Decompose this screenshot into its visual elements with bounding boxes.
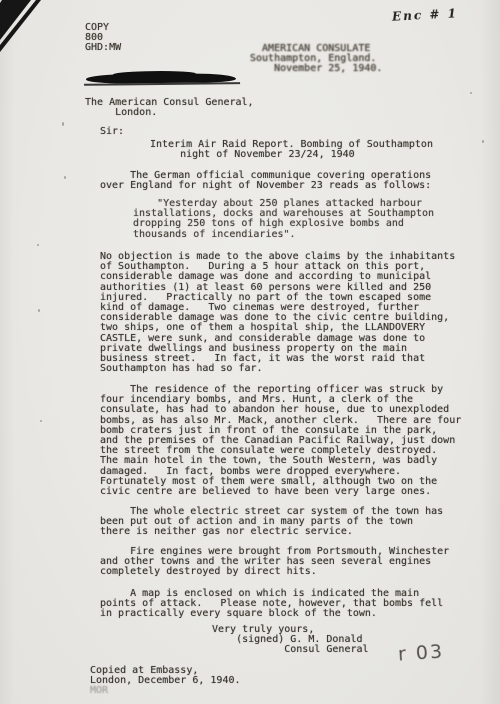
text-line: night of November 23/24, 1940: [150, 150, 433, 160]
paragraph-residence-report: The residence of the reporting officer w…: [100, 385, 461, 497]
text-line: London.: [85, 108, 254, 118]
handwritten-enclosure-note: Enc # 1: [392, 6, 459, 23]
text-line: GHD:MW: [85, 43, 121, 53]
paragraph-street-car-system: The whole electric street car system of …: [100, 507, 443, 538]
paragraph-enclosed-map: A map is enclosed on which is indicated …: [100, 589, 443, 620]
subject-heading: Interim Air Raid Report. Bombing of Sout…: [150, 140, 433, 160]
paragraph-damage-report: No objection is made to the above claims…: [100, 252, 455, 374]
text-line: over England for night of November 23 re…: [100, 181, 431, 191]
copied-at-embassy-note: Copied at Embassy,London, December 6, 19…: [90, 666, 241, 697]
scanned-letter-page: Enc # 1 COPY800GHD:MW AMERICAN CONSULATE…: [0, 0, 500, 704]
scan-speck: [482, 140, 484, 143]
letterhead: AMERICAN CONSULATESouthampton, England. …: [250, 44, 382, 75]
redacted-line: [86, 73, 236, 84]
scan-speck: [64, 176, 66, 179]
scan-speck: [62, 122, 64, 126]
text-line: in practically every square block of the…: [100, 609, 443, 619]
text-line: London, December 6, 1940.: [90, 676, 241, 686]
scan-speck: [37, 244, 39, 246]
quoted-communique-text: "Yesterday about 250 planes attacked har…: [133, 199, 434, 240]
text-line: civic centre are believed to have been v…: [100, 487, 461, 497]
salutation: Sir:: [100, 127, 124, 137]
paragraph-german-communique: The German official communique covering …: [100, 171, 431, 191]
corner-fold-artifact: [0, 0, 44, 56]
text-line: MOR: [90, 686, 241, 696]
text-line: thousands of incendiaries".: [133, 230, 434, 240]
scan-speck: [40, 420, 42, 422]
handwritten-pencil-number: r 03: [397, 640, 444, 665]
text-line: Southampton has had so far.: [100, 364, 455, 374]
scan-speck: [38, 309, 40, 312]
signature-block: Very truly yours, (signed) G. M. Donald …: [212, 625, 369, 656]
recipient-address: The American Consul General, London.: [85, 98, 254, 118]
paragraph-fire-engines: Fire engines were brought from Portsmout…: [100, 547, 449, 578]
scan-speck: [470, 92, 472, 94]
text-line: Consul General: [212, 645, 369, 655]
copy-stamp-block: COPY800GHD:MW: [85, 23, 121, 54]
text-line: there is neither gas nor electric servic…: [100, 527, 443, 537]
text-line: completely destroyed by direct hits.: [100, 567, 449, 577]
text-line: November 25, 1940.: [250, 64, 382, 74]
